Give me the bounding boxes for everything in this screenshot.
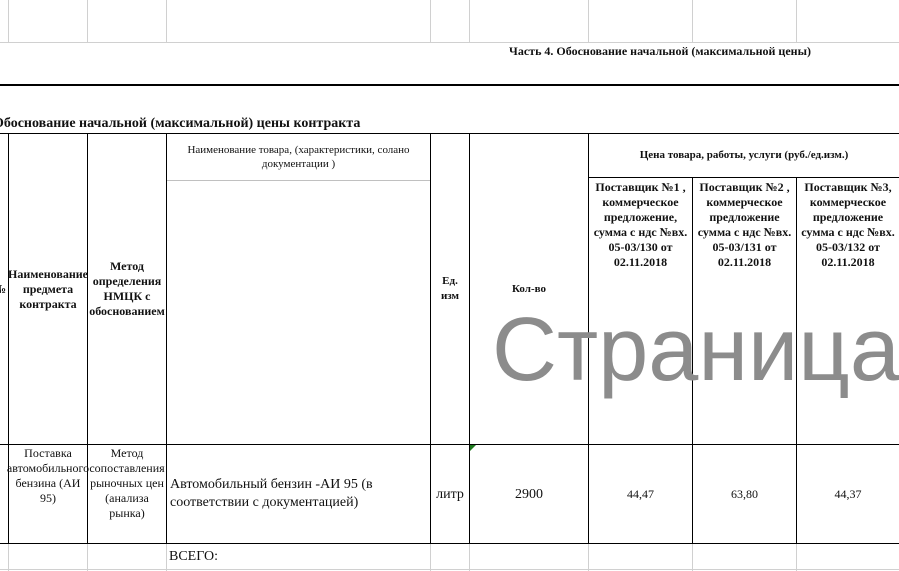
gridline (796, 0, 797, 42)
gridline (692, 544, 693, 571)
row-price-supplier-2[interactable]: 63,80 (693, 445, 796, 543)
gridline (87, 544, 88, 571)
section-divider (0, 84, 899, 86)
gridline (430, 544, 431, 571)
row-unit[interactable]: литр (431, 445, 469, 543)
subheader-divider (166, 180, 430, 181)
header-supplier-2: Поставщик №2 , коммерческое предложение … (693, 178, 796, 270)
header-price-group: Цена товара, работы, услуги (руб./ед.изм… (589, 134, 899, 177)
total-label: ВСЕГО: (167, 544, 430, 569)
row-method[interactable]: Метод сопоставления рыночных цен (анализ… (88, 445, 166, 543)
row-product[interactable]: Автомобильный бензин -АИ 95 (в соответст… (167, 445, 430, 543)
row-subject[interactable]: Поставка автомобильного бензина (АИ 95) (9, 445, 87, 543)
gridline (87, 0, 88, 42)
header-product-name: Наименование товара, (характеристики, со… (167, 134, 430, 180)
gridline (430, 0, 431, 42)
table-border (0, 543, 899, 544)
row-quantity[interactable]: 2900 (470, 445, 588, 543)
row-price-supplier-3[interactable]: 44,37 (797, 445, 899, 543)
header-supplier-1: Поставщик №1 , коммерческое предложение,… (589, 178, 692, 270)
header-quantity: Кол-во (470, 134, 588, 444)
gridline (8, 544, 9, 571)
part-title: Часть 4. Обоснование начальной (максимал… (440, 44, 880, 58)
header-method: Метод определения НМЦК с обоснованием (88, 134, 166, 444)
gridline (692, 0, 693, 42)
gridline (469, 544, 470, 571)
gridline (8, 0, 9, 42)
gridline (0, 42, 899, 43)
header-number: № (0, 134, 8, 444)
gridline (588, 0, 589, 42)
gridline (166, 0, 167, 42)
gridline (0, 569, 899, 570)
gridline (469, 0, 470, 42)
cell-error-indicator-icon[interactable] (470, 445, 476, 451)
gridline (588, 544, 589, 571)
gridline (796, 544, 797, 571)
row-price-supplier-1[interactable]: 44,47 (589, 445, 692, 543)
section-title: Обоснование начальной (максимальной) цен… (0, 115, 360, 132)
header-unit: Ед. изм (431, 134, 469, 444)
header-supplier-3: Поставщик №3, коммерческое предложение с… (797, 178, 899, 270)
header-subject: Наименование предмета контракта (9, 134, 87, 444)
